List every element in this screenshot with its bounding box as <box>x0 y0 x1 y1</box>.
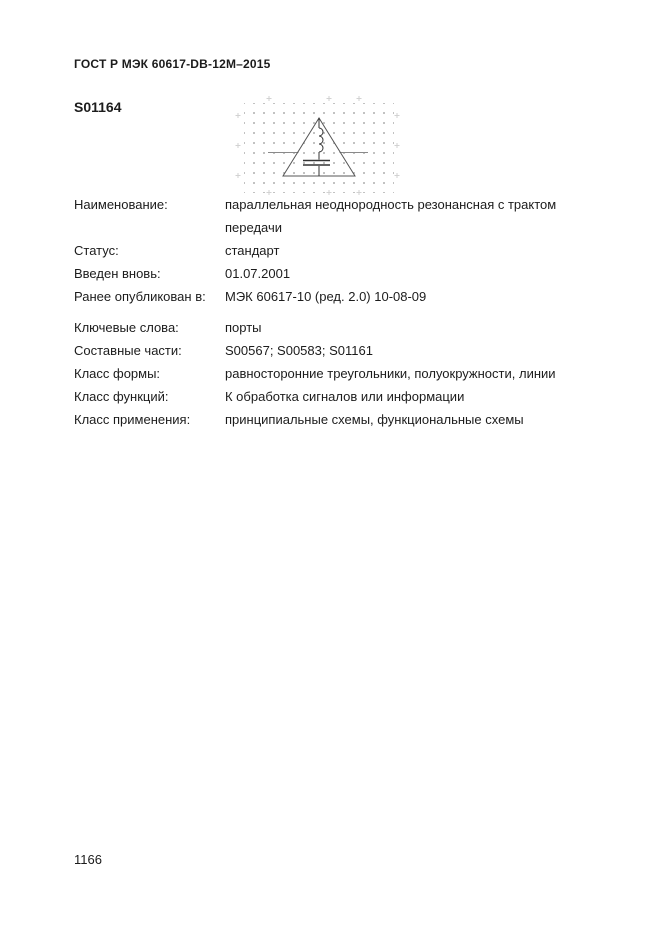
field-group-main: Наименование: параллельная неоднородност… <box>74 193 584 308</box>
lc-branch <box>303 118 330 176</box>
circuit-symbol-figure <box>230 95 410 197</box>
field-row-application-class: Класс применения: принципиальные схемы, … <box>74 408 584 431</box>
field-row-introduced: Введен вновь: 01.07.2001 <box>74 262 584 285</box>
grid-cross-markers <box>236 96 400 195</box>
field-row-shape-class: Класс формы: равносторонние треугольники… <box>74 362 584 385</box>
field-row-name: Наименование: параллельная неоднородност… <box>74 193 584 239</box>
document-title: ГОСТ Р МЭК 60617-DB-12M–2015 <box>74 57 271 71</box>
field-value: S00567; S00583; S01161 <box>225 339 373 362</box>
field-value: 01.07.2001 <box>225 262 290 285</box>
field-label: Статус: <box>74 239 225 262</box>
circuit-symbol-svg <box>230 95 410 197</box>
field-row-previously-published: Ранее опубликован в: МЭК 60617-10 (ред. … <box>74 285 584 308</box>
field-label: Введен вновь: <box>74 262 225 285</box>
document-page: { "page": { "header": "ГОСТ Р МЭК 60617-… <box>0 0 661 936</box>
page-number: 1166 <box>74 852 102 867</box>
field-label: Составные части: <box>74 339 225 362</box>
field-value: принципиальные схемы, функциональные схе… <box>225 408 524 431</box>
field-row-function-class: Класс функций: К обработка сигналов или … <box>74 385 584 408</box>
field-label: Класс функций: <box>74 385 225 408</box>
field-value: порты <box>225 316 262 339</box>
field-row-components: Составные части: S00567; S00583; S01161 <box>74 339 584 362</box>
field-value: стандарт <box>225 239 279 262</box>
field-label: Наименование: <box>74 193 225 216</box>
fields-list: Наименование: параллельная неоднородност… <box>74 193 584 431</box>
field-label: Ранее опубликован в: <box>74 285 225 308</box>
field-row-status: Статус: стандарт <box>74 239 584 262</box>
field-label: Класс формы: <box>74 362 225 385</box>
field-label: Ключевые слова: <box>74 316 225 339</box>
field-value: равносторонние треугольники, полуокружно… <box>225 362 556 385</box>
field-row-keywords: Ключевые слова: порты <box>74 316 584 339</box>
field-value: параллельная неоднородность резонансная … <box>225 193 575 239</box>
field-group-classification: Ключевые слова: порты Составные части: S… <box>74 316 584 431</box>
field-label: Класс применения: <box>74 408 225 431</box>
field-value: МЭК 60617-10 (ред. 2.0) 10-08-09 <box>225 285 426 308</box>
field-value: К обработка сигналов или информации <box>225 385 464 408</box>
symbol-id: S01164 <box>74 99 122 115</box>
inductor-coil <box>319 128 323 152</box>
